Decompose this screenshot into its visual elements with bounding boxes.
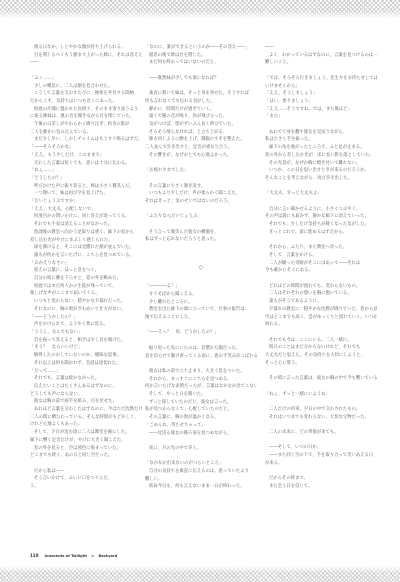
text-line: 今も確かにそこにある。 bbox=[265, 267, 377, 275]
text-line: 「ねぇ、ずっと一緒にいようね」 bbox=[265, 391, 377, 399]
text-line: 「――えっ？ 何、どうかしたの？」 bbox=[145, 329, 257, 337]
text-line: 「お疲れさまでした」 bbox=[145, 167, 257, 175]
text-line: まだ何も終わってはいないのだと。 bbox=[145, 59, 257, 67]
text-line: 「では、そろそろ行きましょう。先生方をお待たせしては bbox=[265, 75, 377, 83]
text-line: 夕暮れの教室に、穏やかな沈黙が降りていた。窓から見える bbox=[265, 306, 377, 314]
text-line: 校庭ではまだ何人かの生徒が残っていて、 bbox=[30, 283, 142, 291]
text-line: それから、ふたり、また教室へ戻った。 bbox=[265, 244, 377, 252]
text-line: 「ええ、大丈夫。心配しないで」 bbox=[30, 206, 142, 214]
text-line: 二人を静かに包み込んでいる。 bbox=[30, 129, 142, 137]
text-line: 納得したのかしていないのか、曖昧な返事。 bbox=[30, 352, 142, 360]
text-line: そう言いかけて、ふいに口をつぐんだ。 bbox=[30, 475, 142, 483]
text-line: 私はずっと忘れないだろうと思った。 bbox=[145, 236, 257, 244]
text-line: 後で伝えることにした。 bbox=[145, 314, 257, 322]
text-line: 「そう？ ならいいけど」 bbox=[30, 344, 142, 352]
text-line: 「なのに、誰ができるというのか――その答え――」 bbox=[145, 44, 257, 52]
text-line: そして、言葉をかける。 bbox=[265, 252, 377, 260]
text-line: すぐそばから聞こえる。 bbox=[145, 291, 257, 299]
text-line: 「ごめんね、待たせちゃって」 bbox=[145, 422, 257, 430]
text-line: ずっと探していたのだと、彼女は言った。 bbox=[145, 399, 257, 407]
text-column-middle: 「なのに、誰ができるというのか――その答え――」溜息の後で姉は目を閉じた。まだ何… bbox=[145, 44, 257, 491]
text-line: いつか、この日を思い出すときが来るのだろうか。 bbox=[265, 167, 377, 175]
text-line: それはきっと、気のせいではないのだろう。 bbox=[145, 198, 257, 206]
text-line: 彼女は私の前で立ち止まり、大きく息をついた。 bbox=[145, 368, 257, 376]
text-line: 「――――よ！」 bbox=[145, 283, 257, 291]
text-line: 楽しげな声がここまで届いてくる。 bbox=[30, 290, 142, 298]
text-line: 「なかなか出来ないのがつらいところ」 bbox=[145, 460, 257, 468]
text-line: 「ふぅ……」 bbox=[30, 75, 142, 83]
text-line: そして、夕日が沈む頃に二人は教室を後にした。 bbox=[30, 429, 142, 437]
text-line: 窓の外を見ると、空は茜色に染まっていた。 bbox=[30, 445, 142, 453]
text-line bbox=[145, 244, 257, 252]
text-line: 「だいじょうぶですか」 bbox=[30, 198, 142, 206]
text-line: ――既然妹が少しでも楽になれば？ bbox=[145, 75, 257, 83]
text-line: 放課後の教室へ向かう足取りは重く、廊下の窓から bbox=[30, 229, 142, 237]
text-line: 終わる。 bbox=[265, 321, 377, 329]
text-line: それ以上は何も聞かれず、会話は途切れた。 bbox=[30, 360, 142, 368]
text-line: 「はい、参りましょう」 bbox=[265, 98, 377, 106]
text-line bbox=[145, 83, 257, 91]
text-line: 「ええ。もう少しだけ、このままで」 bbox=[30, 152, 142, 160]
text-line: 二人の未来に、どの季節が来ても。 bbox=[265, 429, 377, 437]
text-line: その時に言った言葉は、彼女の胸の中で今も響いている。 bbox=[265, 375, 377, 383]
text-line: それでも、言葉は続かなかった。 bbox=[30, 375, 142, 383]
text-line bbox=[265, 437, 377, 445]
text-line: ――そして、いつの日か。 bbox=[265, 444, 377, 452]
text-line bbox=[145, 453, 257, 461]
text-line bbox=[145, 437, 257, 445]
text-line: 難しいこと。 bbox=[265, 59, 377, 67]
text-line: 呼びかけた声に振り返ると、姉は小さく微笑んだ。 bbox=[30, 183, 142, 191]
text-line: 「ふたりならだいじょうぶ」 bbox=[145, 213, 257, 221]
text-line bbox=[265, 467, 377, 475]
decorative-top-border bbox=[0, 0, 400, 18]
text-line: 遠くで鐘の音が鳴り、鳥が飛び立った。 bbox=[145, 113, 257, 121]
text-line: 大丈夫だと思えた。その気持ちを大切にしようと、 bbox=[265, 352, 377, 360]
text-line: そう言って微笑んだ彼女の横顔を、 bbox=[145, 229, 257, 237]
text-column-right: ――よく、わかっているはずなのに、言葉を見つけるのは一番難しいこと。「では、そろ… bbox=[265, 44, 377, 491]
text-line: 一つ頷いて、妹は再び空を見上げた。 bbox=[30, 190, 142, 198]
text-line: その言葉に小さく頷き返す。 bbox=[145, 183, 257, 191]
text-line: 自分の席に腰を下ろすと、窓の外を眺めた。 bbox=[30, 275, 142, 283]
text-line bbox=[265, 237, 377, 245]
text-line: そして、やっと口を開いた。 bbox=[145, 391, 257, 399]
text-line: 気がつけば、影がずいぶん長く伸びていた。 bbox=[145, 121, 257, 129]
text-line: 静かに、時間だけが過ぎていく。 bbox=[145, 106, 257, 114]
text-line: 何か言いたげな表情だったが、言葉はなかなか出てこない。 bbox=[145, 383, 257, 391]
text-line bbox=[30, 67, 142, 75]
text-line bbox=[145, 360, 257, 368]
text-line: 迎えの言葉に、ほっと息をつく。 bbox=[30, 267, 142, 275]
text-line bbox=[265, 121, 377, 129]
text-line: それでも今は、ここにいる。二人一緒に。 bbox=[265, 337, 377, 345]
text-line: 「――そろそろかな」 bbox=[30, 144, 142, 152]
text-line: 交わした言葉は短くても、思いは十分に伝わる。 bbox=[30, 160, 142, 168]
text-line: そろそろ帰らなければ、と立ち上がる。 bbox=[145, 129, 257, 137]
text-line bbox=[265, 383, 377, 391]
text-line: 扉を開けると、そこには見慣れた顔が並んでいた。 bbox=[30, 244, 142, 252]
text-line: 「おかえりなさい」 bbox=[30, 260, 142, 268]
text-line: 声をかけられて、ようやく我に返る。 bbox=[30, 321, 142, 329]
text-line: いつもより少しだけ、声が柔らかく聞こえた。 bbox=[145, 190, 257, 198]
text-line bbox=[265, 398, 377, 406]
text-line bbox=[265, 183, 377, 191]
text-line bbox=[145, 322, 257, 330]
text-line: その響きが、なぜかとても心地よかった。 bbox=[145, 152, 257, 160]
text-line: いけませんから」 bbox=[265, 83, 377, 91]
text-line: 窓の外から差し込む光が、床に長い影を落としていた。 bbox=[265, 152, 377, 160]
text-line bbox=[145, 206, 257, 214]
text-line: 溜息の後で姉は目を閉じた。 bbox=[145, 52, 257, 60]
text-line: それはいつまでも変わらない、大切な宝物だった。 bbox=[265, 414, 377, 422]
text-line: どうしても声にならない。 bbox=[30, 391, 142, 399]
text-line: 彼女は胸の前で両手を組み、目を伏せた。 bbox=[30, 398, 142, 406]
text-line: 二人並んで歩き出すと、足音が重なり合う。 bbox=[145, 144, 257, 152]
text-line: 教室を出た廊下の端に立っていて、仕事の報告は bbox=[145, 306, 257, 314]
text-line: ―― bbox=[30, 59, 142, 67]
text-line: 誰もがそうであるように。 bbox=[265, 298, 377, 306]
text-line bbox=[145, 175, 257, 183]
text-line: あわてて身を翻す彼女を見送りながら、 bbox=[265, 129, 377, 137]
text-line: その光景が、なぜか胸に焼き付いて離れない。 bbox=[265, 160, 377, 168]
text-line: 首を振って答えると、相手は少し首を傾げた。 bbox=[30, 337, 142, 345]
text-line: 二人が願った奇跡がそこにはあって――それは bbox=[265, 260, 377, 268]
text-line: 「どうしたの？」 bbox=[30, 175, 142, 183]
text-line bbox=[145, 160, 257, 168]
text-line: それから、まっすぐにこちらを見つめる。 bbox=[145, 376, 257, 384]
text-line: 私は小さく手を振った。 bbox=[265, 136, 377, 144]
text-line bbox=[265, 367, 377, 375]
text-line: それなのに、胸の奥がざわめいて仕方がない。 bbox=[30, 306, 142, 314]
text-line: だからこそ、気持ちはいつも近くにあった。 bbox=[30, 98, 142, 106]
text-line: 私が見つからなくて、心配していたのだと。 bbox=[145, 406, 257, 414]
text-line: 難しい。 bbox=[145, 476, 257, 484]
text-line: こうして言葉を交わすたびに、秘密を共有する間柄 bbox=[30, 90, 142, 98]
text-line: が来る。 bbox=[265, 460, 377, 468]
text-line: 空はどこまでも高く、雲がゆっくりと流れていく。いつか bbox=[265, 314, 377, 322]
text-line: だから私は―― bbox=[30, 468, 142, 476]
text-line: 明日のことはまだ分からないけれど、それでも bbox=[265, 344, 377, 352]
text-line: 差し込む光がやけにまぶしく感じられた。 bbox=[30, 237, 142, 245]
text-line: そっと心に誓う。 bbox=[265, 360, 377, 368]
text-line: それでも、少しだけ気持ちが軽くなった気がした。 bbox=[265, 221, 377, 229]
text-line: 自分に言い聞かせるように、小さくつぶやく。 bbox=[265, 206, 377, 214]
text-line: だからその時まで、 bbox=[265, 475, 377, 483]
text-line: よく、わかっているはずなのに、言葉を見つけるのは一番 bbox=[265, 52, 377, 60]
text-line bbox=[145, 221, 257, 229]
text-column-left: 渡る日なか、しとやかな顔が持ち上げられる。目を閉じるべくもう顔まで上がった姉に、… bbox=[30, 44, 142, 491]
page-footer: 110 Innocents of Twilight ∞ Backyard bbox=[30, 553, 117, 558]
text-line: 二人の間に横たわっている。そんな時間がもどかしく、 bbox=[30, 414, 142, 422]
text-line: ――見送る彼女の後ろ姿を見つめながら、 bbox=[145, 430, 257, 438]
text-line: どこまでも続く、あの日と同じ空だった。 bbox=[30, 452, 142, 460]
text-line: 渡る日なか、しとやかな顔が持ち上げられる。 bbox=[30, 44, 142, 52]
text-line: 少し離れたところに。 bbox=[145, 299, 257, 307]
text-line: 二人はそれぞれの想いを胸に抱いている。 bbox=[265, 290, 377, 298]
text-line bbox=[265, 421, 377, 429]
text-line: 「だって……」 bbox=[30, 368, 142, 376]
text-line: 校庭の片隅に置かれた長椅子、そのまま寄り添うよう bbox=[30, 106, 142, 114]
text-line: 二人だけの約束、夕日の中で交わされたもの。 bbox=[265, 406, 377, 414]
scene-separator: ◇ bbox=[145, 260, 257, 276]
text-line: いつもと変わらない、穏やかな夕暮れだった。 bbox=[30, 298, 142, 306]
text-line: そんなことを考えながら、再び歩き出した。 bbox=[265, 175, 377, 183]
text-line: 姉も同じように腰を上げ、制服のすそを整えた。 bbox=[145, 136, 257, 144]
text-line: に座る姉妹は、風の音を聞きながら目を閉じていた。 bbox=[30, 113, 142, 121]
text-line: 廊下の角を曲がったところで、ふと足が止まる。 bbox=[265, 144, 377, 152]
text-line: 午後の日差しがやわらかく降り注ぎ、校舎の影が bbox=[30, 121, 142, 129]
text-line: その声は誰にも届かず、静かな廊下に消えていった。 bbox=[265, 213, 377, 221]
text-line: どれほどの時間が流れても、変わらないもの。 bbox=[265, 283, 377, 291]
text-line: きっとこれで、前に進めるはずだから。 bbox=[265, 229, 377, 237]
text-line: 「また」 bbox=[265, 113, 377, 121]
text-line: 廊下に響く足音だけが、やけに大きく聞こえた。 bbox=[30, 437, 142, 445]
infinity-separator-icon: ∞ bbox=[91, 554, 94, 558]
text-line: あれほど言葉を交わしたはずなのに、今はただ沈黙だけが bbox=[30, 406, 142, 414]
text-line: う。 bbox=[30, 483, 142, 491]
text-line: 何も言わなくても伝わる気がした。 bbox=[145, 98, 257, 106]
text-line: 「ううん、なんでもない」 bbox=[30, 329, 142, 337]
text-line: 息を切らせて駆け寄ってくる姿に、思わず笑みがこぼれる。 bbox=[145, 353, 257, 361]
text-line bbox=[265, 67, 377, 75]
text-line: また会う日を信じて。 bbox=[265, 483, 377, 491]
text-line: 誰もが何かを言いたげに、こちらを見つめている。 bbox=[30, 252, 142, 260]
text-line: まだ少し早い、しかしチャイムはもうすぐ鳴るはずだ。 bbox=[30, 136, 142, 144]
text-line: 素直に頷いて妹は、そっと身を寄せた。そうすれば bbox=[145, 90, 257, 98]
text-line: 振り返った先にいたのは、見慣れた顔だった。 bbox=[145, 345, 257, 353]
page-number: 110 bbox=[30, 553, 38, 558]
text-line: けれど心地よくもあった。 bbox=[30, 421, 142, 429]
decorative-bottom-border bbox=[0, 566, 400, 582]
text-line bbox=[145, 67, 257, 75]
text-line: 自分の気持ちを素直に伝えるのは、思っていたより bbox=[145, 468, 257, 476]
section-title: Backyard bbox=[99, 554, 118, 558]
text-line: ―― bbox=[265, 44, 377, 52]
text-line: 伝えたいことはたくさんあるはずなのに、 bbox=[30, 383, 142, 391]
text-line bbox=[265, 329, 377, 337]
text-line bbox=[145, 252, 257, 260]
text-line bbox=[145, 276, 257, 284]
text-line: 少しの嘆息に、二人は顔を見合わせた。 bbox=[30, 83, 142, 91]
text-line: その言葉に、胸の奥が温かくなる。 bbox=[145, 414, 257, 422]
text-line bbox=[145, 337, 257, 345]
text-line bbox=[30, 460, 142, 468]
text-line: 「――どうかしたの？」 bbox=[30, 314, 142, 322]
text-line: 「大丈夫、きっと大丈夫よ」 bbox=[265, 190, 377, 198]
text-line: 夜に、月の光の中で歩く。 bbox=[145, 445, 257, 453]
text-line: 「ねぇ……」 bbox=[30, 167, 142, 175]
text-line: 結局今日も、何も言えないまま一日が終わった。 bbox=[145, 483, 257, 491]
text-line: それでも不安は消えることがなかった。 bbox=[30, 221, 142, 229]
text-line: ――また同じ空の下で、手を取り合って笑いあえる日 bbox=[265, 452, 377, 460]
text-line: 目を閉じるべくもう顔まで上がった姉に、それは答えた。 bbox=[30, 52, 142, 60]
text-line bbox=[265, 198, 377, 206]
running-title: Innocents of Twilight bbox=[45, 554, 87, 558]
text-line: 「ええ……そうですね。では、また後ほど」 bbox=[265, 106, 377, 114]
text-line: 何度目かの問いかけに、同じ答えが返ってくる。 bbox=[30, 213, 142, 221]
text-line: 「ええ、そうしましょう」 bbox=[265, 90, 377, 98]
text-line bbox=[265, 275, 377, 283]
